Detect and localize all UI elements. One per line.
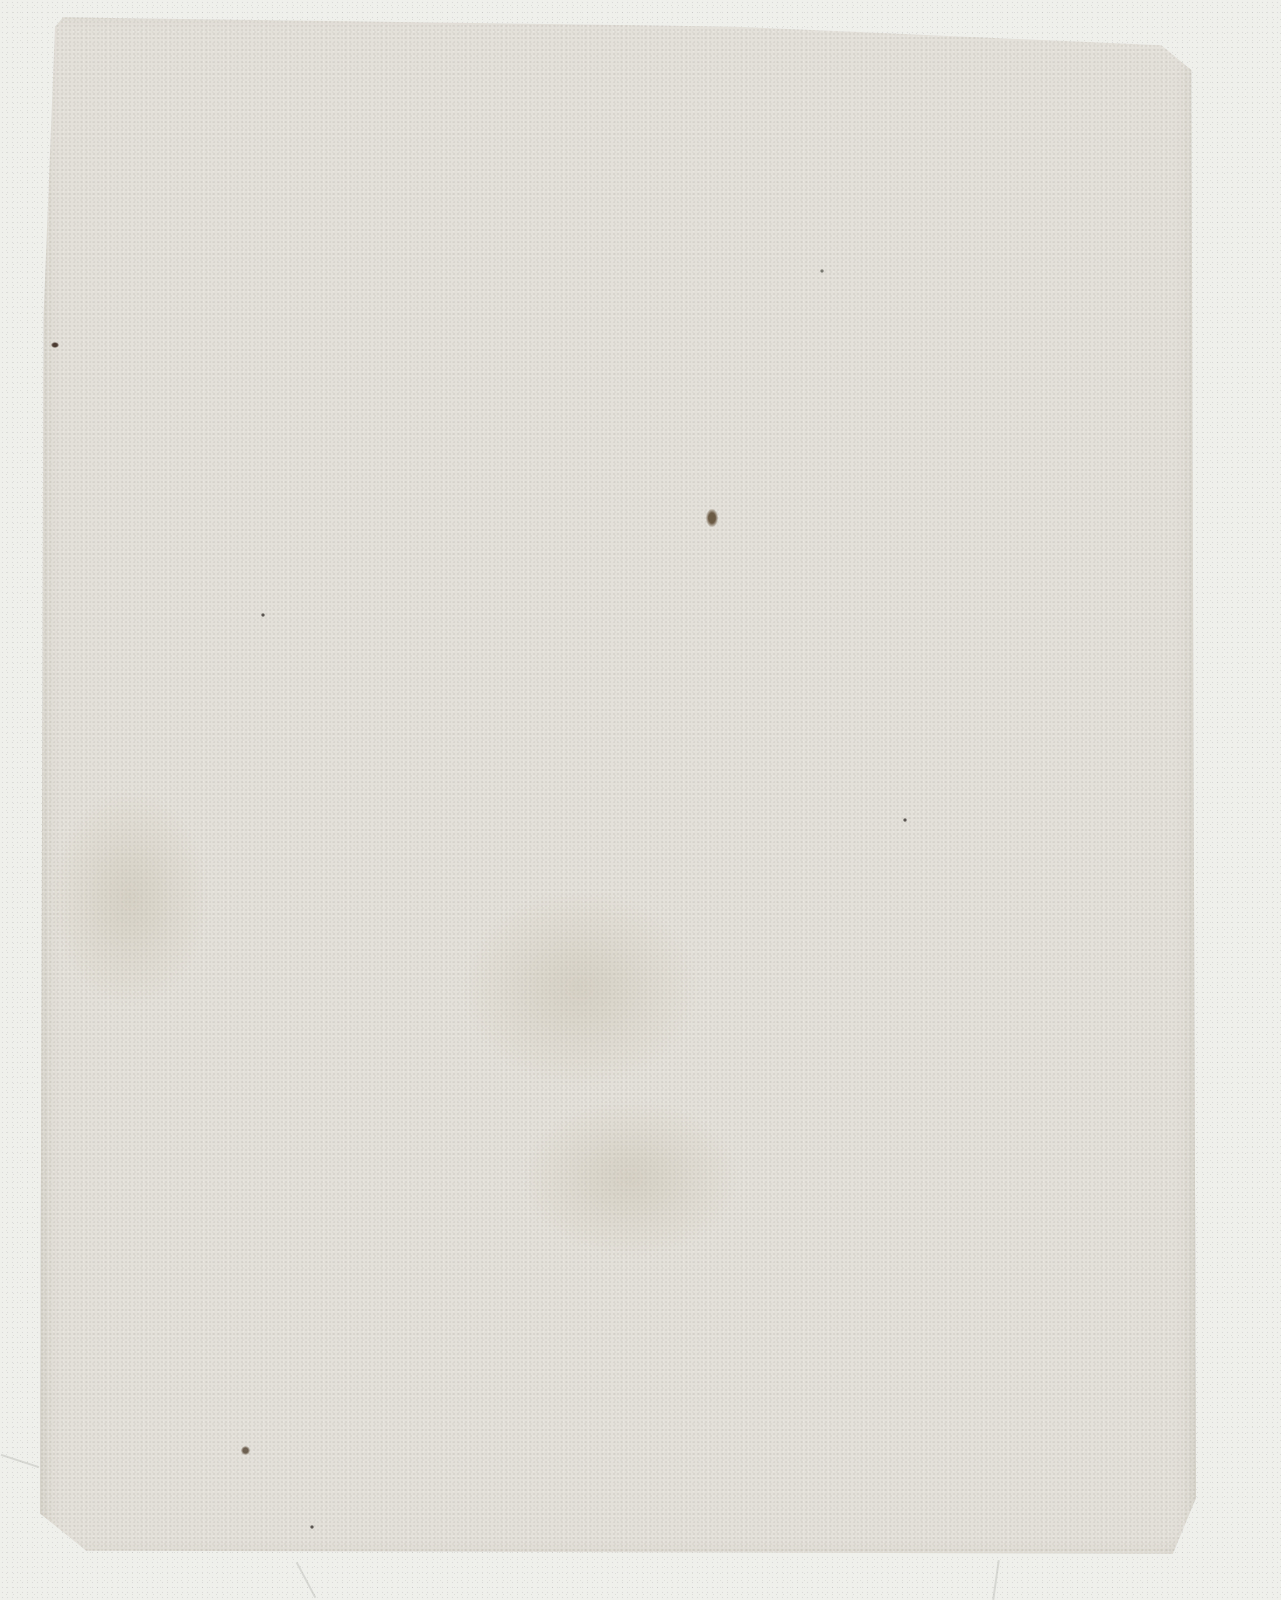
speck-upper-right (820, 269, 824, 273)
paper-texture (40, 8, 1196, 1560)
speck-left (261, 613, 265, 617)
speck-right (903, 818, 907, 822)
speck-bottom-left (241, 1446, 250, 1455)
left-edge-mark (51, 342, 59, 348)
speck-bottom (310, 1525, 314, 1529)
paper-stain-left (50, 788, 210, 1008)
paper-stain-bottom (520, 1098, 740, 1258)
paper-stain-center (460, 888, 700, 1088)
blank-paper-sheet (40, 8, 1196, 1560)
center-spot (706, 509, 718, 527)
